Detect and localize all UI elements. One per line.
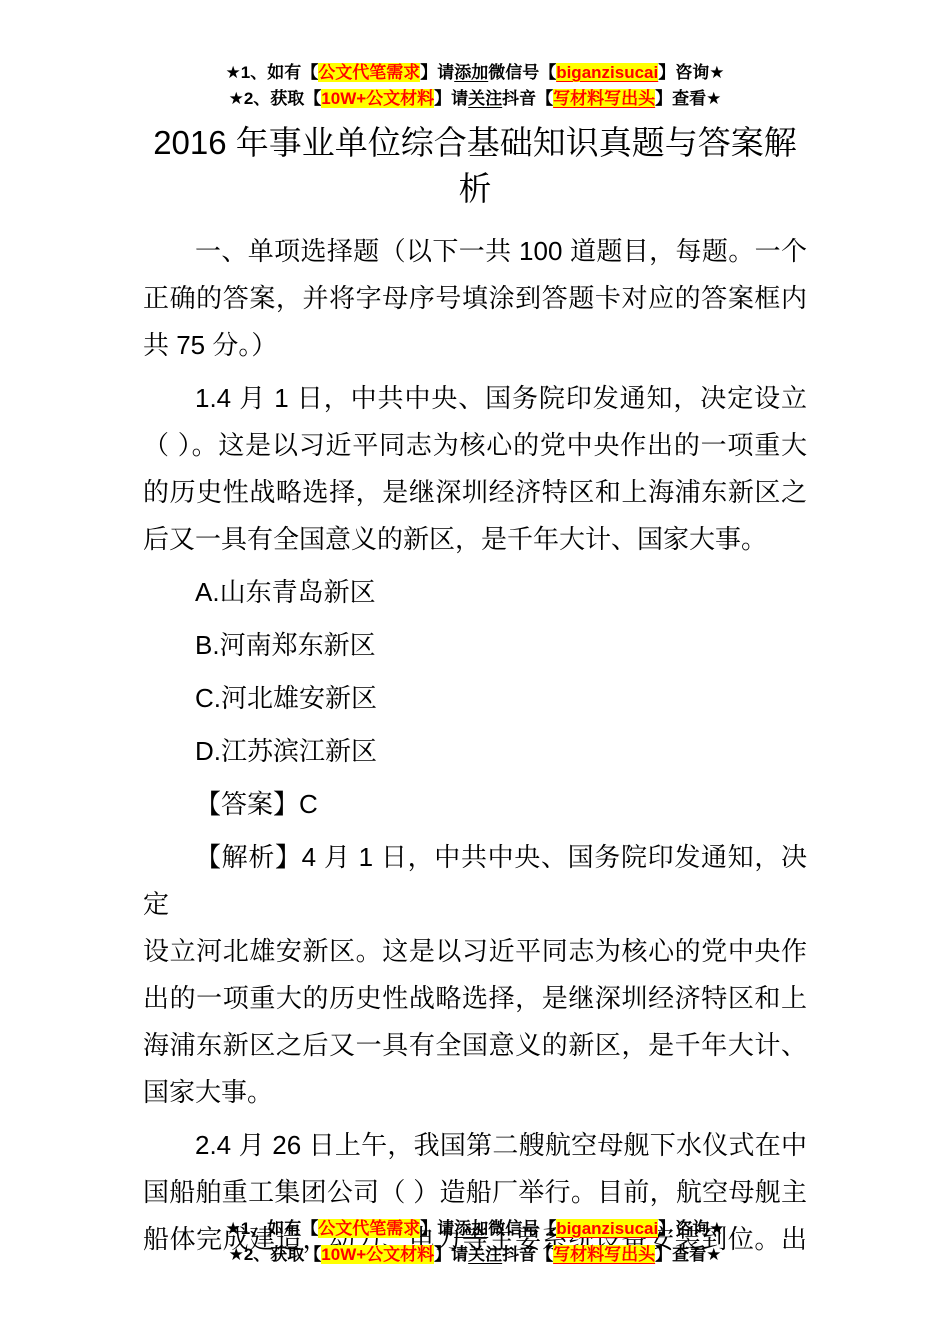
text-line: 【解析】4 月 1 日，中共中央、国务院印发通知，决定 <box>143 834 807 928</box>
banner-text: 查看★ <box>672 89 721 108</box>
question-1: 1.4 月 1 日，中共中央、国务院印发通知，决定设立 （ ）。这是以习近平同志… <box>143 375 807 563</box>
text-line: 海浦东新区之后又一具有全国意义的新区，是千年大计、 <box>143 1022 807 1069</box>
banner-text: ★2、获取 <box>229 89 305 108</box>
text-line: 设立河北雄安新区。这是以习近平同志为核心的党中央作 <box>143 928 807 975</box>
text-line: 的历史性战略选择，是继深圳经济特区和上海浦东新区之 <box>143 469 807 516</box>
text-line: 国船舶重工集团公司（ ）造船厂举行。目前，航空母舰主 <box>143 1169 807 1216</box>
option-b: B.河南郑东新区 <box>143 622 807 669</box>
title-line: 析 <box>143 166 807 212</box>
analysis-paragraph: 【解析】4 月 1 日，中共中央、国务院印发通知，决定 设立河北雄安新区。这是以… <box>143 834 807 1116</box>
banner-bracket: 】 <box>658 1219 675 1238</box>
option-text: A.山东青岛新区 <box>143 569 807 616</box>
banner-underlined-text: 关注 <box>468 1245 502 1264</box>
banner-text: 咨询★ <box>675 1219 724 1238</box>
text-line: 1.4 月 1 日，中共中央、国务院印发通知，决定设立 <box>143 375 807 422</box>
banner-bracket: 【 <box>304 1245 321 1264</box>
banner-text: ★1、如有 <box>226 1219 302 1238</box>
banner-text: 微信号 <box>488 1219 539 1238</box>
banner-highlight: 10W+公文材料 <box>321 1245 434 1264</box>
banner-text: 咨询★ <box>675 63 724 82</box>
banner-highlight: 公文代笔需求 <box>318 63 420 82</box>
banner-wechat-id: biganzisucai <box>556 1219 658 1238</box>
banner-line-1: ★1、如有【公文代笔需求】请添加微信号【biganzisucai】咨询★ <box>0 1216 950 1242</box>
text-line: 一、单项选择题（以下一共 100 道题目，每题。一个 <box>143 228 807 275</box>
text-line: （ ）。这是以习近平同志为核心的党中央作出的一项重大 <box>143 422 807 469</box>
answer-line: 【答案】C <box>143 781 807 828</box>
banner-bracket: 【 <box>304 89 321 108</box>
banner-bracket: 【 <box>539 63 556 82</box>
banner-underlined-text: 添加 <box>454 1219 488 1238</box>
banner-highlight: 10W+公文材料 <box>321 89 434 108</box>
text-line: 共 75 分。） <box>143 322 807 369</box>
option-c: C.河北雄安新区 <box>143 675 807 722</box>
banner-douyin-id: 写材料写出头 <box>553 1245 655 1264</box>
document-body: 一、单项选择题（以下一共 100 道题目，每题。一个 正确的答案，并将字母序号填… <box>143 228 807 1263</box>
banner-bracket: 】 <box>420 1219 437 1238</box>
banner-text: 抖音 <box>502 1245 536 1264</box>
banner-bracket: 】 <box>658 63 675 82</box>
promo-banner-top: ★1、如有【公文代笔需求】请添加微信号【biganzisucai】咨询★ ★2、… <box>0 60 950 112</box>
banner-bracket: 【 <box>301 1219 318 1238</box>
banner-bracket: 【 <box>536 1245 553 1264</box>
document-page: ★1、如有【公文代笔需求】请添加微信号【biganzisucai】咨询★ ★2、… <box>0 0 950 1344</box>
banner-text: ★2、获取 <box>229 1245 305 1264</box>
banner-text: 请 <box>451 1245 468 1264</box>
banner-text: 微信号 <box>488 63 539 82</box>
banner-bracket: 【 <box>539 1219 556 1238</box>
answer-text: 【答案】C <box>143 781 807 828</box>
promo-banner-bottom: ★1、如有【公文代笔需求】请添加微信号【biganzisucai】咨询★ ★2、… <box>0 1216 950 1268</box>
text-line: 国家大事。 <box>143 1069 807 1116</box>
banner-text: 请 <box>451 89 468 108</box>
banner-text: 查看★ <box>672 1245 721 1264</box>
option-a: A.山东青岛新区 <box>143 569 807 616</box>
banner-text: 请 <box>437 63 454 82</box>
banner-highlight: 公文代笔需求 <box>318 1219 420 1238</box>
banner-line-2: ★2、获取【10W+公文材料】请关注抖音【写材料写出头】查看★ <box>0 86 950 112</box>
option-text: C.河北雄安新区 <box>143 675 807 722</box>
banner-text: 请 <box>437 1219 454 1238</box>
page-title: 2016 年事业单位综合基础知识真题与答案解 析 <box>143 120 807 212</box>
section-intro: 一、单项选择题（以下一共 100 道题目，每题。一个 正确的答案，并将字母序号填… <box>143 228 807 369</box>
banner-douyin-id: 写材料写出头 <box>553 89 655 108</box>
text-line: 后又一具有全国意义的新区，是千年大计、国家大事。 <box>143 516 807 563</box>
text-line: 2.4 月 26 日上午，我国第二艘航空母舰下水仪式在中 <box>143 1122 807 1169</box>
banner-bracket: 】 <box>420 63 437 82</box>
banner-bracket: 】 <box>655 1245 672 1264</box>
text-line: 出的一项重大的历史性战略选择，是继深圳经济特区和上 <box>143 975 807 1022</box>
banner-underlined-text: 添加 <box>454 63 488 82</box>
option-text: B.河南郑东新区 <box>143 622 807 669</box>
banner-bracket: 【 <box>536 89 553 108</box>
text-line: 正确的答案，并将字母序号填涂到答题卡对应的答案框内 <box>143 275 807 322</box>
banner-bracket: 【 <box>301 63 318 82</box>
banner-text: 抖音 <box>502 89 536 108</box>
banner-text: ★1、如有 <box>226 63 302 82</box>
banner-wechat-id: biganzisucai <box>556 63 658 82</box>
title-line: 2016 年事业单位综合基础知识真题与答案解 <box>143 120 807 166</box>
banner-bracket: 】 <box>655 89 672 108</box>
banner-underlined-text: 关注 <box>468 89 502 108</box>
option-d: D.江苏滨江新区 <box>143 728 807 775</box>
banner-bracket: 】 <box>434 89 451 108</box>
banner-line-1: ★1、如有【公文代笔需求】请添加微信号【biganzisucai】咨询★ <box>0 60 950 86</box>
option-text: D.江苏滨江新区 <box>143 728 807 775</box>
banner-bracket: 】 <box>434 1245 451 1264</box>
banner-line-2: ★2、获取【10W+公文材料】请关注抖音【写材料写出头】查看★ <box>0 1242 950 1268</box>
